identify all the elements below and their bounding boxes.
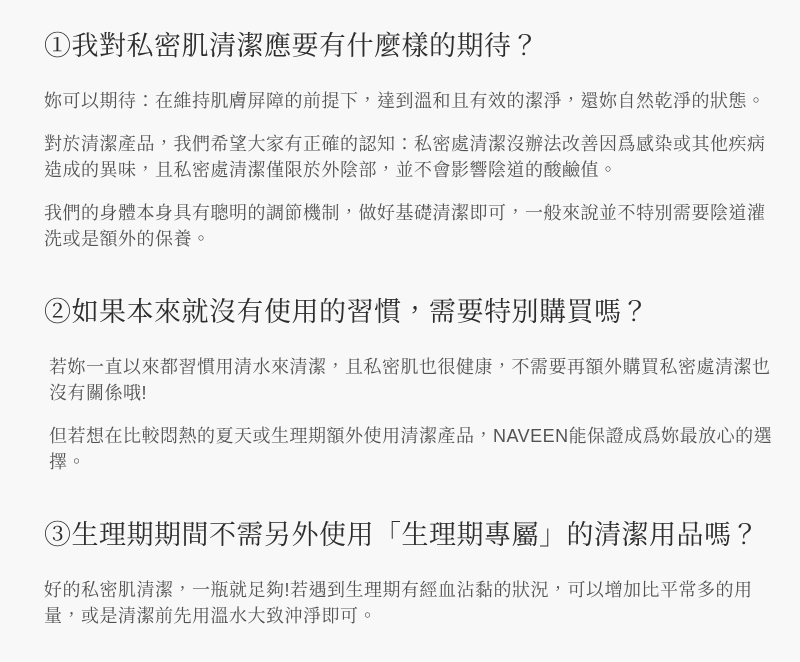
faq-section-2: ②如果本來就沒有使用的習慣，需要特別購買嗎？ 若妳一直以來都習慣用清水來清潔，且… (44, 296, 774, 475)
faq-answer-1-paragraph-3: 我們的身體本身具有聰明的調節機制，做好基礎清潔即可，一般來說並不特別需要陰道灌洗… (44, 200, 774, 252)
faq-question-3: ③生理期期間不需另外使用「生理期專屬」的清潔用品嗎？ (44, 519, 774, 551)
faq-section-1: ①我對私密肌清潔應要有什麼樣的期待？ 妳可以期待：在維持肌膚屏障的前提下，達到溫… (44, 30, 774, 252)
faq-answer-2-paragraph-2: 但若想在比較悶熱的夏天或生理期額外使用清潔產品，NAVEEN能保證成爲妳最放心的… (44, 423, 774, 475)
faq-answer-1-paragraph-1: 妳可以期待：在維持肌膚屏障的前提下，達到溫和且有效的潔淨，還妳自然乾淨的狀態。 (44, 88, 774, 114)
faq-answer-2-paragraph-1: 若妳一直以來都習慣用清水來清潔，且私密肌也很健康，不需要再額外購買私密處清潔也沒… (44, 354, 774, 406)
faq-answer-1-paragraph-2: 對於清潔產品，我們希望大家有正確的認知：私密處清潔沒辦法改善因爲感染或其他疾病造… (44, 131, 774, 183)
faq-page: ①我對私密肌清潔應要有什麼樣的期待？ 妳可以期待：在維持肌膚屏障的前提下，達到溫… (0, 0, 800, 662)
faq-question-1: ①我對私密肌清潔應要有什麼樣的期待？ (44, 30, 774, 62)
faq-section-3: ③生理期期間不需另外使用「生理期專屬」的清潔用品嗎？ 好的私密肌清潔，一瓶就足夠… (44, 519, 774, 629)
faq-question-2: ②如果本來就沒有使用的習慣，需要特別購買嗎？ (44, 296, 774, 328)
faq-answer-3-paragraph-1: 好的私密肌清潔，一瓶就足夠!若遇到生理期有經血沾黏的狀況，可以增加比平常多的用量… (44, 577, 774, 629)
